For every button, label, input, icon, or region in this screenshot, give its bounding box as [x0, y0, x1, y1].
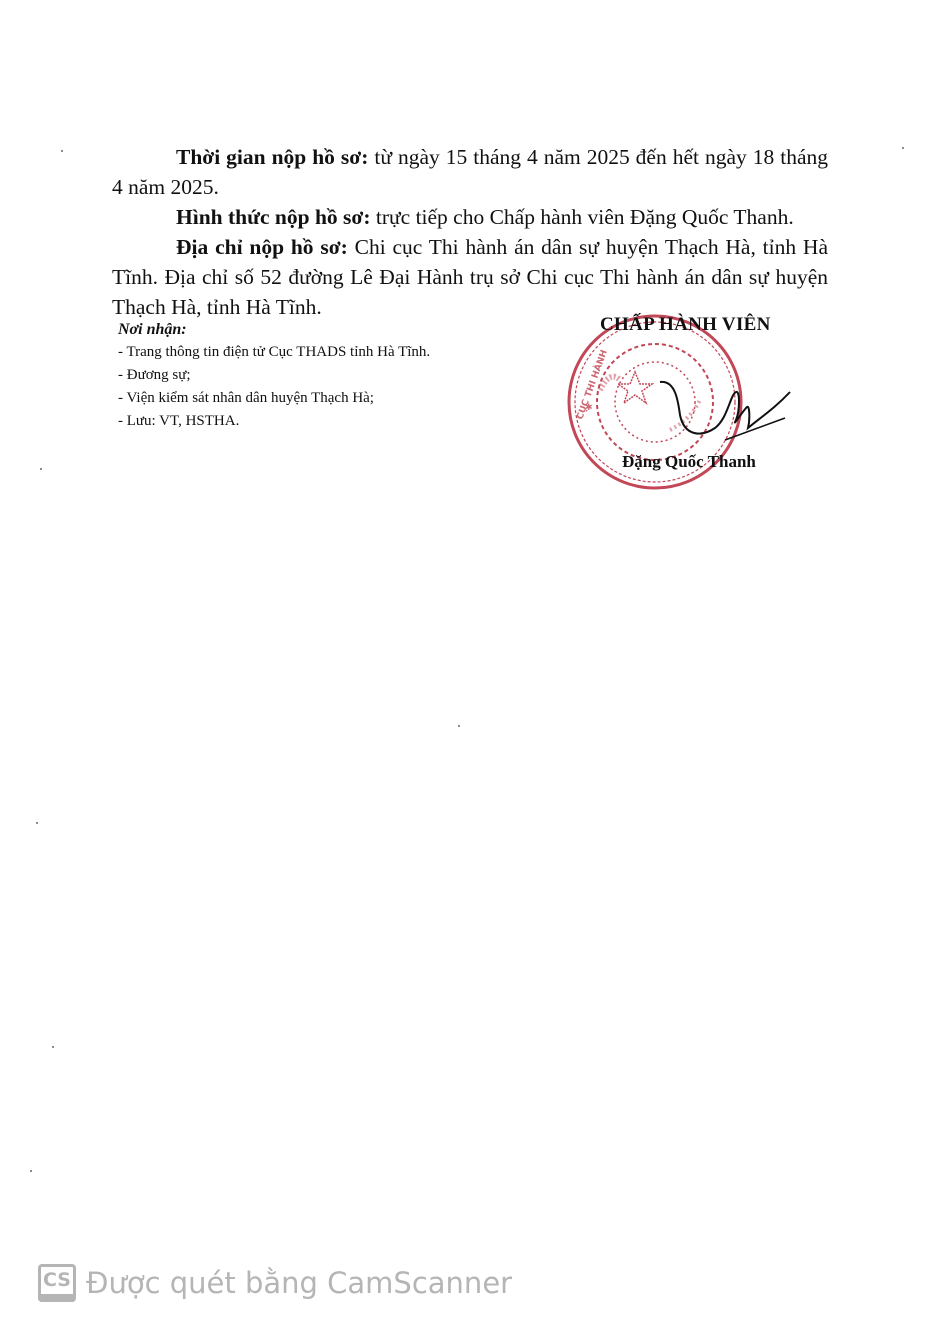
- logo-text: CS: [43, 1269, 71, 1291]
- scan-speck: [36, 822, 38, 824]
- scan-speck: [61, 150, 63, 152]
- camscanner-watermark: CS Được quét bằng CamScanner: [38, 1264, 512, 1302]
- recipients-block: Nơi nhận: - Trang thông tin điện tử Cục …: [118, 318, 430, 433]
- watermark-text: Được quét bằng CamScanner: [86, 1266, 512, 1300]
- recipient-item: - Lưu: VT, HSTHA.: [118, 410, 430, 433]
- paragraph-submission-method: Hình thức nộp hồ sơ: trực tiếp cho Chấp …: [112, 202, 828, 232]
- paragraph-submission-time: Thời gian nộp hồ sơ: từ ngày 15 tháng 4 …: [112, 142, 828, 202]
- signature-block: CỤC THI HÀNH ✱ CHẤP HÀNH VIÊN Đặng Quốc …: [560, 310, 820, 490]
- scan-speck: [458, 725, 460, 727]
- paragraph-submission-address: Địa chỉ nộp hồ sơ: Chi cục Thi hành án d…: [112, 232, 828, 322]
- scan-speck: [40, 468, 42, 470]
- paragraph-label: Địa chỉ nộp hồ sơ:: [176, 235, 348, 259]
- scan-speck: [902, 147, 904, 149]
- scan-speck: [52, 1046, 54, 1048]
- recipient-item: - Viện kiểm sát nhân dân huyện Thạch Hà;: [118, 387, 430, 410]
- recipient-item: - Đương sự;: [118, 364, 430, 387]
- document-body: Thời gian nộp hồ sơ: từ ngày 15 tháng 4 …: [112, 142, 828, 322]
- recipient-item: - Trang thông tin điện tử Cục THADS tỉnh…: [118, 341, 430, 364]
- recipients-title: Nơi nhận:: [118, 318, 430, 341]
- camscanner-logo-icon: CS: [38, 1264, 76, 1302]
- paragraph-text: trực tiếp cho Chấp hành viên Đặng Quốc T…: [370, 205, 793, 229]
- paragraph-label: Thời gian nộp hồ sơ:: [176, 145, 368, 169]
- scan-speck: [30, 1170, 32, 1172]
- document-page: Thời gian nộp hồ sơ: từ ngày 15 tháng 4 …: [0, 0, 936, 1338]
- handwritten-signature-icon: [560, 310, 820, 490]
- paragraph-label: Hình thức nộp hồ sơ:: [176, 205, 370, 229]
